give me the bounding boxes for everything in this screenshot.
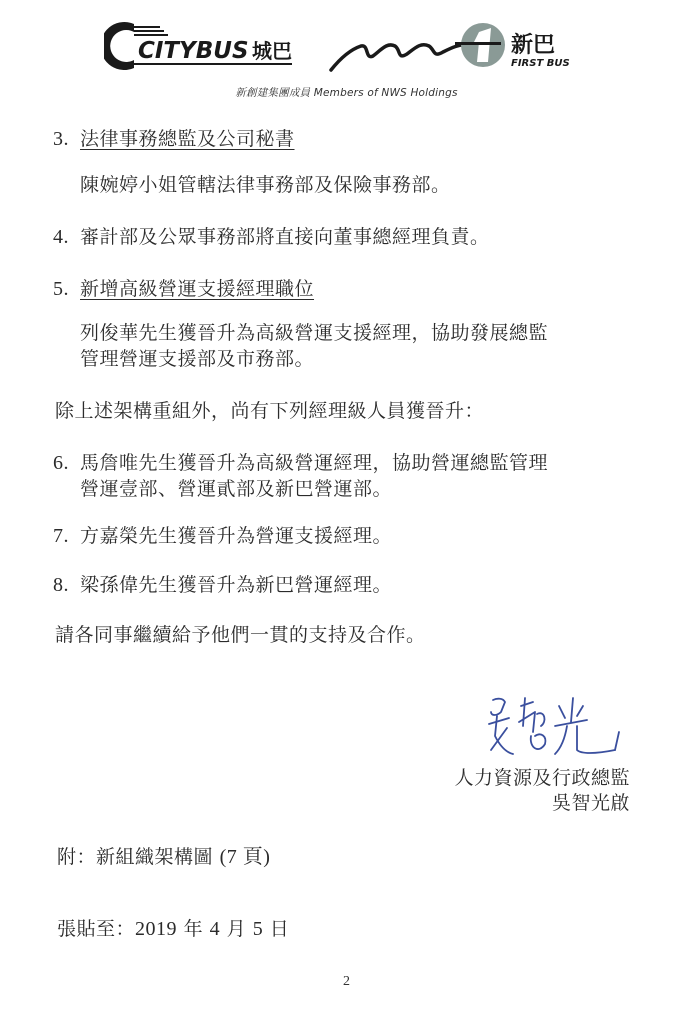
item-6-line-1: 6.馬詹唯先生獲晉升為高級營運經理，協助營運總監管理: [53, 450, 548, 476]
svg-text:新巴: 新巴: [511, 32, 555, 58]
handwritten-signature: [485, 692, 635, 764]
item-heading: 新增高級營運支援經理職位: [80, 278, 314, 300]
attachment-text: 新組織架構圖: [96, 846, 213, 868]
item-3-heading: 3.法律事務總監及公司秘書: [53, 126, 295, 152]
posted-date-line: 張貼至：2019 年 4 月 5 日: [57, 916, 289, 942]
item-4: 4.審計部及公眾事務部將直接向董事總經理負責。: [53, 224, 490, 250]
item-7: 7.方嘉榮先生獲晉升為營運支援經理。: [53, 523, 392, 549]
item-5-heading: 5.新增高級營運支援經理職位: [53, 276, 314, 302]
item-number: 8.: [53, 572, 80, 598]
posted-year: 2019: [135, 918, 177, 940]
posted-day: 5: [253, 918, 264, 940]
item-number: 7.: [53, 523, 80, 549]
citybus-arrow-icon: CITYBUS 城巴: [104, 20, 294, 72]
svg-text:城巴: 城巴: [252, 39, 292, 63]
item-3-text: 陳婉婷小姐管轄法律事務部及保險事務部。: [80, 172, 451, 198]
posted-year-unit: 年: [184, 918, 204, 940]
item-5-text-line-1: 列俊華先生獲晉升為高級營運支援經理，協助發展總監: [80, 320, 548, 346]
firstbus-wave-icon: 新巴 FIRST BUS: [325, 20, 575, 75]
closing-line: 請各同事繼續給予他們一貫的支持及合作。: [55, 622, 426, 648]
signature-icon: [485, 692, 635, 764]
svg-text:FIRST BUS: FIRST BUS: [511, 58, 570, 69]
item-text: 梁孫偉先生獲晉升為新巴營運經理。: [80, 574, 392, 596]
citybus-logo: CITYBUS 城巴: [104, 20, 294, 72]
promotions-intro: 除上述架構重組外，尚有下列經理級人員獲晉升：: [55, 398, 484, 424]
signatory-title: 人力資源及行政總監: [454, 765, 630, 791]
item-6-line-2: 營運壹部、營運貳部及新巴營運部。: [80, 476, 392, 502]
item-8: 8.梁孫偉先生獲晉升為新巴營運經理。: [53, 572, 392, 598]
attachment-label: 附：: [57, 846, 96, 868]
item-number: 3.: [53, 126, 80, 152]
item-text: 方嘉榮先生獲晉升為營運支援經理。: [80, 525, 392, 547]
firstbus-logo: 新巴 FIRST BUS: [325, 20, 575, 75]
attachment-line: 附：新組織架構圖 (7 頁): [57, 844, 270, 870]
posted-month: 4: [210, 918, 221, 940]
page-number: 2: [0, 974, 693, 990]
item-heading: 法律事務總監及公司秘書: [80, 128, 295, 150]
members-line: 新創建集團成員 Members of NWS Holdings: [0, 85, 693, 100]
posted-month-unit: 月: [227, 918, 247, 940]
item-number: 4.: [53, 224, 80, 250]
item-number: 6.: [53, 450, 80, 476]
item-5-text-line-2: 管理營運支援部及市務部。: [80, 346, 314, 372]
posted-label: 張貼至：: [57, 918, 135, 940]
item-text: 馬詹唯先生獲晉升為高級營運經理，協助營運總監管理: [80, 452, 548, 474]
posted-day-unit: 日: [270, 918, 290, 940]
item-number: 5.: [53, 276, 80, 302]
svg-text:CITYBUS: CITYBUS: [138, 38, 249, 64]
attachment-pages: (7 頁): [220, 846, 271, 868]
signatory-name: 吳智光啟: [552, 790, 630, 816]
item-text: 審計部及公眾事務部將直接向董事總經理負責。: [80, 226, 490, 248]
